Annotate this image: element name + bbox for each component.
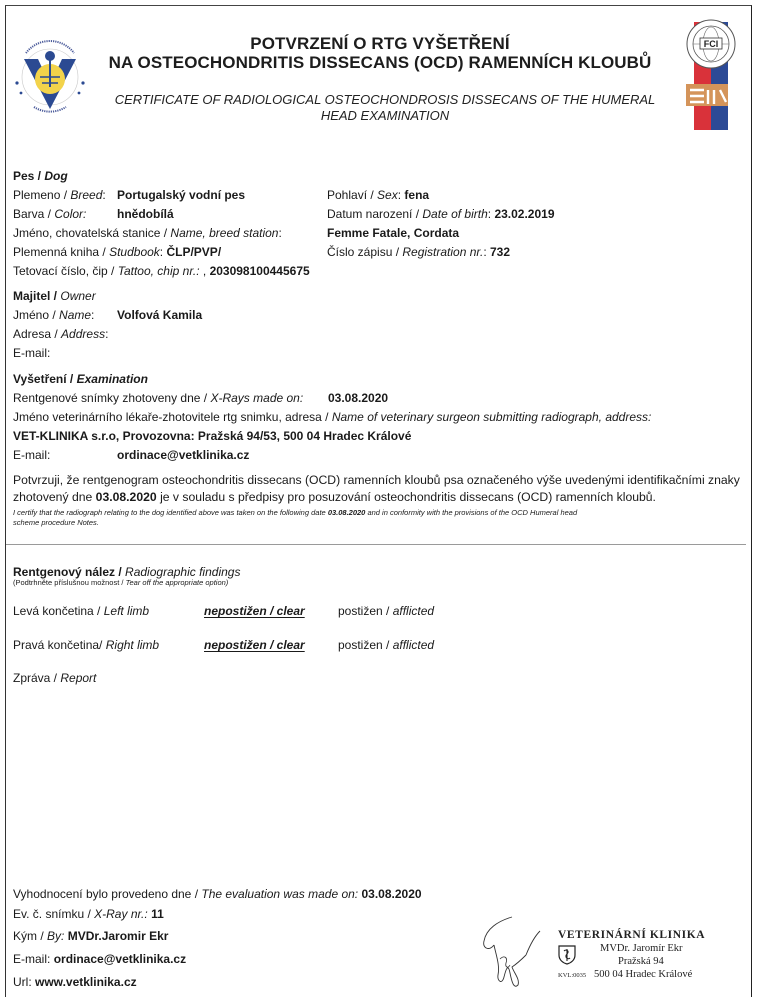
certification-cz-line1: Potvrzuji, že rentgenogram osteochondrit… (13, 473, 740, 487)
studbook-label: Plemenná kniha / Studbook: ČLP/PVP/ (13, 245, 221, 259)
section-divider (6, 544, 746, 545)
right-limb-afflicted-option: postižen / afflicted (338, 638, 434, 652)
evaluated-by-value: MVDr.Jaromir Ekr (68, 929, 169, 943)
dog-heading: Pes / Dog (13, 169, 68, 183)
owner-name-label: Jméno / Name: (13, 308, 94, 322)
dob-label: Datum narození / Date of birth: 23.02.20… (327, 207, 555, 221)
title-english: CERTIFICATE OF RADIOLOGICAL OSTEOCHONDRO… (105, 92, 665, 124)
shield-icon (558, 945, 576, 965)
stamp-heading: VETERINÁRNÍ KLINIKA (558, 929, 705, 941)
xray-number: Ev. č. snímku / X-Ray nr.: 11 (13, 907, 164, 921)
name-breed-station-label: Jméno, chovatelská stanice / Name, breed… (13, 226, 282, 240)
evaluated-by: Kým / By: MVDr.Jaromir Ekr (13, 929, 168, 943)
dob-value: 23.02.2019 (494, 207, 554, 221)
studbook-value: ČLP/PVP/ (166, 245, 221, 259)
left-limb-clear-option: nepostižen / clear (204, 604, 305, 618)
sex-value: fena (404, 188, 429, 202)
dog-name-value: Femme Fatale, Cordata (327, 226, 459, 240)
certification-cz-line2: zhotovený dne 03.08.2020 je v souladu s … (13, 490, 656, 504)
registration-value: 732 (490, 245, 510, 259)
breed-label: Plemeno / Breed: (13, 188, 106, 202)
report-label: Zpráva / Report (13, 671, 96, 685)
right-limb-clear-option: nepostižen / clear (204, 638, 305, 652)
title-czech-line1: POTVRZENÍ O RTG VYŠETŘENÍ (0, 34, 762, 54)
clinic-stamp: VETERINÁRNÍ KLINIKA MVDr. Jaromír Ekr Pr… (556, 929, 716, 989)
chip-value: 203098100445675 (210, 264, 310, 278)
left-limb-afflicted-option: postižen / afflicted (338, 604, 434, 618)
registration-label: Číslo zápisu / Registration nr.: 732 (327, 245, 510, 259)
vet-email-label: E-mail: (13, 448, 50, 462)
breed-value: Portugalský vodní pes (117, 188, 245, 202)
title-czech-line2: NA OSTEOCHONDRITIS DISSECANS (OCD) RAMEN… (0, 53, 762, 73)
stamp-line1: MVDr. Jaromír Ekr (600, 943, 683, 954)
stamp-line2: Pražská 94 (618, 956, 664, 967)
sex-label: Pohlaví / Sex: fena (327, 188, 429, 202)
findings-note: (Podtrhněte příslušnou možnost / Tear of… (13, 578, 228, 587)
right-limb-label: Pravá končetina/ Right limb (13, 638, 159, 652)
evaluation-url: Url: www.vetklinika.cz (13, 975, 137, 989)
chip-label: Tetovací číslo, čip / Tattoo, chip nr.: … (13, 264, 310, 278)
xray-number-value: 11 (151, 907, 164, 921)
evaluation-email: E-mail: ordinace@vetklinika.cz (13, 952, 186, 966)
vet-label: Jméno veterinárního lékaře-zhotovitele r… (13, 410, 651, 424)
color-value: hnědobílá (117, 207, 174, 221)
owner-heading: Majitel / Owner (13, 289, 96, 303)
vet-value: VET-KLINIKA s.r.o, Provozovna: Pražská 9… (13, 429, 411, 443)
owner-name-value: Volfová Kamila (117, 308, 202, 322)
certification-en-line2: scheme procedure Notes. (13, 518, 99, 528)
xray-date-label: Rentgenové snímky zhotoveny dne / X-Rays… (13, 391, 303, 405)
color-label: Barva / Color: (13, 207, 86, 221)
owner-address-label: Adresa / Address: (13, 327, 108, 341)
examination-heading: Vyšetření / Examination (13, 372, 148, 386)
certification-en-line1: I certify that the radiograph relating t… (13, 508, 577, 518)
evaluation-email-value[interactable]: ordinace@vetklinika.cz (54, 952, 186, 966)
stamp-code: KVL:0035 (558, 972, 586, 979)
stamp-line3: 500 04 Hradec Králové (594, 969, 692, 980)
vet-email-value: ordinace@vetklinika.cz (117, 448, 249, 462)
owner-email-label: E-mail: (13, 346, 50, 360)
evaluation-date: Vyhodnocení bylo provedeno dne / The eva… (13, 887, 422, 901)
left-limb-label: Levá končetina / Left limb (13, 604, 149, 618)
evaluation-date-value: 03.08.2020 (361, 887, 421, 901)
xray-date-value: 03.08.2020 (328, 391, 388, 405)
signature (478, 915, 558, 993)
findings-heading: Rentgenový nález / Radiographic findings (13, 565, 240, 579)
evaluation-url-value[interactable]: www.vetklinika.cz (35, 975, 137, 989)
